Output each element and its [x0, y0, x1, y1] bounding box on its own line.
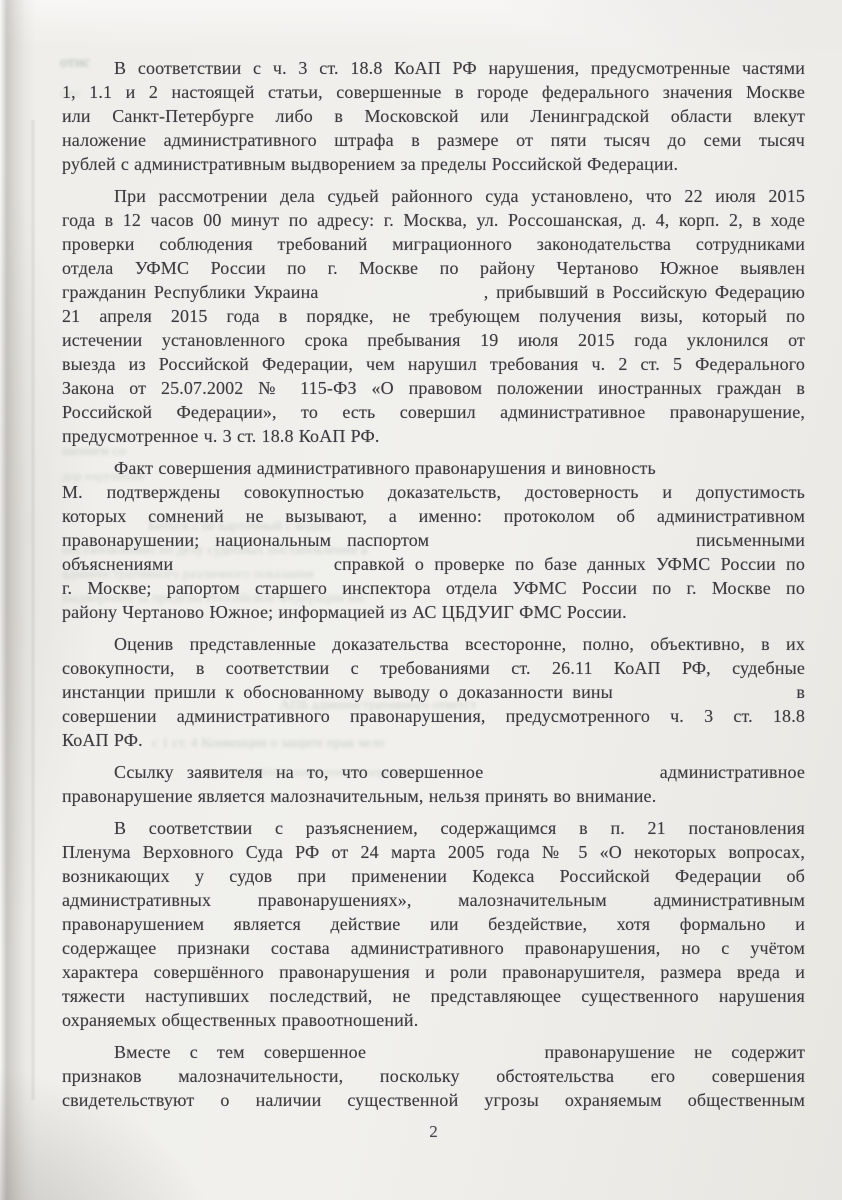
paragraph: Вместе с тем совершенное правонарушение …: [62, 1040, 805, 1112]
text-line: выезда из Российской Федерации, чем нару…: [62, 352, 805, 376]
page-number: 2: [62, 1122, 805, 1142]
text-line: Пленума Верховного Суда РФ от 24 марта 2…: [62, 840, 805, 864]
text-line: При рассмотрении дела судьей районного с…: [62, 184, 805, 208]
text-line: В соответствии с разъяснением, содержащи…: [62, 816, 805, 840]
text-line: совокупности, в соответствии с требовани…: [62, 656, 805, 680]
text-line: административных правонарушениях», малоз…: [62, 888, 805, 912]
text-line: года в 12 часов 00 минут по адресу: г. М…: [62, 208, 805, 232]
text-line: правонарушении; национальным паспортом п…: [62, 528, 805, 552]
text-line: г. Москве; рапортом старшего инспектора …: [62, 576, 805, 600]
paragraph: При рассмотрении дела судьей районного с…: [62, 184, 805, 448]
scan-crease: [30, 120, 36, 1100]
paragraph: В соответствии с разъяснением, содержащи…: [62, 816, 805, 1032]
text-line: отдела УФМС России по г. Москве по район…: [62, 256, 805, 280]
text-line: 1, 1.1 и 2 настоящей статьи, совершенные…: [62, 80, 805, 104]
text-line: району Чертаново Южное; информацией из А…: [62, 600, 805, 624]
redacted-blank: [184, 568, 324, 570]
text-line: проверки соблюдения требований миграцион…: [62, 232, 805, 256]
text-line: М. подтверждены совокупностью доказатель…: [62, 480, 805, 504]
text-line: или Санкт-Петербурге либо в Московской и…: [62, 104, 805, 128]
text-line: правонарушением является действие или бе…: [62, 912, 805, 936]
paragraph: Оценив представленные доказательства все…: [62, 632, 805, 752]
text-line: предусмотренное ч. 3 ст. 18.8 КоАП РФ.: [62, 424, 805, 448]
text-line: Факт совершения административного правон…: [62, 456, 805, 480]
text-line: тяжести наступивших последствий, не пред…: [62, 984, 805, 1008]
document-body: В соответствии с ч. 3 ст. 18.8 КоАП РФ н…: [62, 56, 805, 1112]
scanned-document-page: В соответствии с ч. 3 ст. 18.8 КоАП РФ н…: [0, 0, 842, 1200]
text-line: наложение административного штрафа в раз…: [62, 128, 805, 152]
text-line: совершении административного правонаруше…: [62, 704, 805, 728]
redacted-blank: [445, 544, 680, 546]
text-line: инстанции пришли к обоснованному выводу …: [62, 680, 805, 704]
redacted-blank: [385, 1056, 525, 1058]
paragraph: В соответствии с ч. 3 ст. 18.8 КоАП РФ н…: [62, 56, 805, 176]
text-line: правонарушение является малозначительным…: [62, 784, 805, 808]
text-line: содержащее признаки состава администрати…: [62, 936, 805, 960]
text-line: признаков малозначительности, поскольку …: [62, 1064, 805, 1088]
text-line: КоАП РФ.: [62, 728, 805, 752]
redacted-blank: [497, 776, 647, 778]
text-line: гражданин Республики Украина , прибывший…: [62, 280, 805, 304]
text-line: объяснениями справкой о проверке по базе…: [62, 552, 805, 576]
text-line: Вместе с тем совершенное правонарушение …: [62, 1040, 805, 1064]
text-line: Оценив представленные доказательства все…: [62, 632, 805, 656]
paragraph: Ссылку заявителя на то, что совершенное …: [62, 760, 805, 808]
redacted-blank: [326, 296, 476, 298]
text-line: рублей с административным выдворением за…: [62, 152, 805, 176]
paragraph: Факт совершения административного правон…: [62, 456, 805, 624]
text-line: свидетельствуют о наличии существенной у…: [62, 1088, 805, 1112]
text-line: Ссылку заявителя на то, что совершенное …: [62, 760, 805, 784]
text-line: которых сомнений не вызывают, а именно: …: [62, 504, 805, 528]
text-line: охраняемых общественных правоотношений.: [62, 1008, 805, 1032]
text-line: 21 апреля 2015 года в порядке, не требую…: [62, 304, 805, 328]
redacted-blank: [622, 696, 787, 698]
text-line: характера совершённого правонарушения и …: [62, 960, 805, 984]
text-line: Российской Федерации», то есть совершил …: [62, 400, 805, 424]
text-line: истечении установленного срока пребывани…: [62, 328, 805, 352]
text-line: Закона от 25.07.2002 № 115-ФЗ «О правово…: [62, 376, 805, 400]
text-line: В соответствии с ч. 3 ст. 18.8 КоАП РФ н…: [62, 56, 805, 80]
text-line: возникающих у судов при применении Кодек…: [62, 864, 805, 888]
